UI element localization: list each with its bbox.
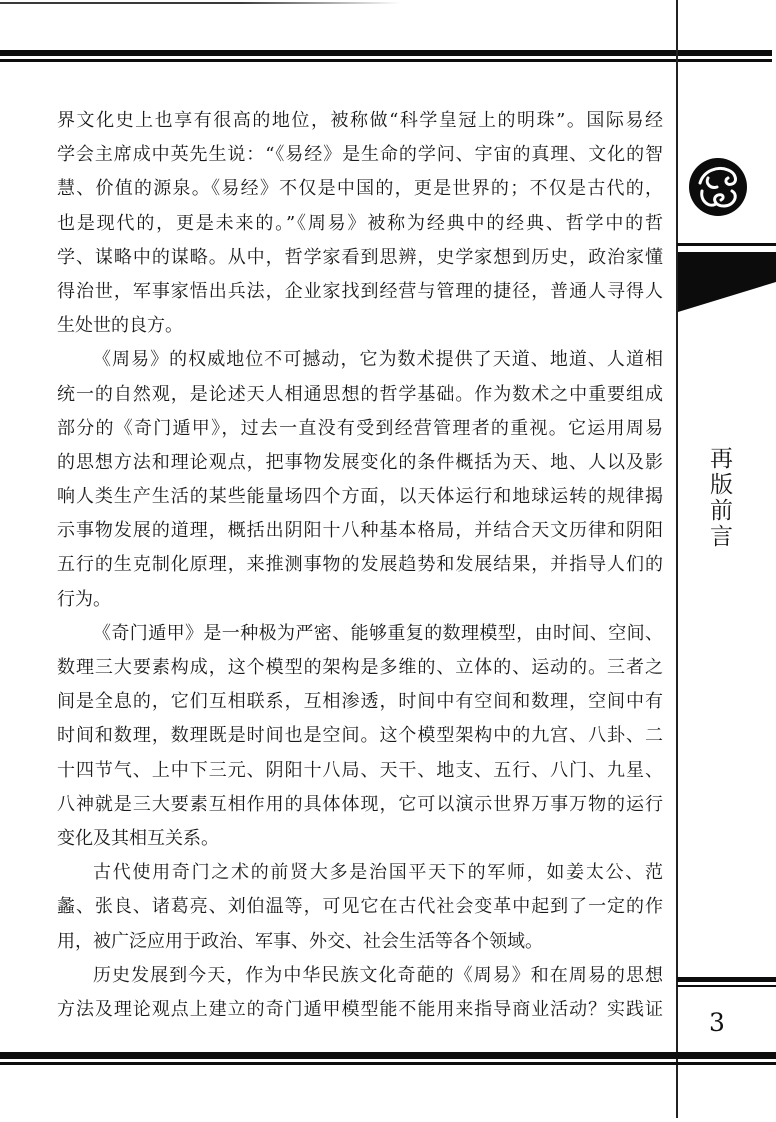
text-line: 五行的生克制化原理，来推测事物的发展趋势和发展结果，并指导人们的 [57,548,663,582]
text-line: 蠡、张良、诸葛亮、刘伯温等，可见它在古代社会变革中起到了一定的作 [57,890,663,924]
page-number-rule-thin [677,985,776,987]
book-page: 再版前言 3 界文化史上也享有很高的地位，被称做“科学皇冠上的明珠”。国际易经 … [0,0,776,1122]
text-line: 统一的自然观，是论述天人相通思想的哲学基础。作为数术之中重要组成 [57,378,663,412]
text-line: 生处世的良方。 [57,309,663,343]
text-line: 用，被广泛应用于政治、军事、外交、社会生活等各个领域。 [57,925,663,959]
page-number: 3 [677,1008,757,1037]
text-line: 方法及理论观点上建立的奇门遁甲模型能不能用来指导商业活动？实践证 [57,993,663,1027]
text-line: 时间和数理，数理既是时间也是空间。这个模型架构中的九宫、八卦、二 [57,719,663,753]
text-line: 学会主席成中英先生说：“《易经》是生命的学问、宇宙的真理、文化的智 [57,138,663,172]
bottom-rule-thin [0,1062,776,1065]
chapter-tab-wedge [678,252,776,312]
chapter-tab-rule [677,243,776,246]
dragon-seal-icon [688,157,748,217]
text-line: 响人类生产生活的某些能量场四个方面，以天体运行和地球运转的规律揭 [57,480,663,514]
top-rule-thin [0,59,772,62]
text-line: 《奇门遁甲》是一种极为严密、能够重复的数理模型，由时间、空间、 [57,617,663,651]
margin-divider-line [676,0,678,1118]
text-line: 得治世，军事家悟出兵法，企业家找到经营与管理的捷径，普通人寻得人 [57,275,663,309]
top-rule-thick [0,50,772,56]
text-line: 慧、价值的源泉。《易经》不仅是中国的，更是世界的；不仅是古代的， [57,172,663,206]
bottom-rule-thick [0,1052,776,1059]
text-line: 变化及其相互关系。 [57,822,663,856]
text-line: 数理三大要素构成，这个模型的架构是多维的、立体的、运动的。三者之 [57,651,663,685]
text-line: 界文化史上也享有很高的地位，被称做“科学皇冠上的明珠”。国际易经 [57,104,663,138]
margin-chapter-title: 再版前言 [708,446,736,556]
body-text: 界文化史上也享有很高的地位，被称做“科学皇冠上的明珠”。国际易经 学会主席成中英… [57,104,663,1027]
text-line: 示事物发展的道理，概括出阴阳十八种基本格局，并结合天文历律和阴阳 [57,514,663,548]
text-line: 八神就是三大要素互相作用的具体体现，它可以演示世界万事万物的运行 [57,788,663,822]
text-line: 行为。 [57,583,663,617]
text-line: 古代使用奇门之术的前贤大多是治国平天下的军师，如姜太公、范 [57,856,663,890]
page-number-rule-thick [677,977,776,982]
scan-edge-line [0,2,400,4]
text-line: 《周易》的权威地位不可撼动，它为数术提供了天道、地道、人道相 [57,343,663,377]
text-line: 也是现代的，更是未来的。”《周易》被称为经典中的经典、哲学中的哲 [57,207,663,241]
text-line: 十四节气、上中下三元、阴阳十八局、天干、地支、五行、八门、九星、 [57,754,663,788]
text-line: 部分的《奇门遁甲》，过去一直没有受到经营管理者的重视。它运用周易 [57,412,663,446]
text-line: 历史发展到今天，作为中华民族文化奇葩的《周易》和在周易的思想 [57,959,663,993]
text-line: 间是全息的，它们互相联系，互相渗透，时间中有空间和数理，空间中有 [57,685,663,719]
text-line: 学、谋略中的谋略。从中，哲学家看到思辨，史学家想到历史，政治家懂 [57,241,663,275]
text-line: 的思想方法和理论观点，把事物发展变化的条件概括为天、地、人以及影 [57,446,663,480]
